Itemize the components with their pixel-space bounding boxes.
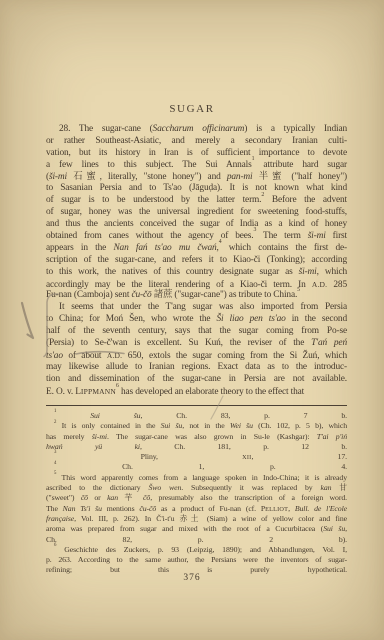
text-line: 2 It is only contained in the Sui šu, no… (46, 421, 347, 431)
text-line: of sugar, honey was the universal ingred… (46, 207, 347, 219)
text-line: ascribed to the dictionary Šwo wen. Subs… (46, 483, 347, 493)
text-line: ts'ao of about a.d. 650, extols the suga… (46, 350, 347, 362)
paragraph-28: 28. The sugar-cane (Saccharum officinaru… (46, 124, 347, 302)
text-line: p. 263. According to the same author, th… (46, 555, 347, 565)
pencil-margin-stroke (22, 303, 33, 338)
text-line: The Nan Ts'i šu mentions ču-čō as a prod… (46, 504, 347, 514)
text-line: to Sasanian Persia and to Ts'ao (Jāguḍa)… (46, 183, 347, 195)
text-line: Fu-nan (Camboja) sent ču-čō 諸蔗 ("sugar-c… (46, 290, 347, 302)
text-line: 1 Sui šu, Ch. 83, p. 7 b. (46, 411, 347, 421)
text-line: to China; for Moń Šen, who wrote the Ši … (46, 314, 347, 326)
text-line: hwań yü ki, Ch. 181, p. 12 b. (46, 442, 347, 452)
footnote-5: 5 This word apparently comes from a lang… (46, 473, 347, 545)
text-line: of sugar is to be understood by the latt… (46, 195, 347, 207)
text-line: accordingly may be the literal rendering… (46, 279, 347, 291)
footnote-3: 3 Pliny, xii, 17. (46, 452, 347, 462)
text-line: (ši-mi 石蜜, literally, "stone honey") and… (46, 172, 347, 184)
footnote-4: 4 Ch. 1, p. 4. (46, 462, 347, 472)
text-line: or rather Southeast-Asiatic, and merely … (46, 136, 347, 148)
text-line: It seems that under the T'ang sugar was … (46, 302, 347, 314)
text-line: and thus the ancients conceived the suga… (46, 219, 347, 231)
text-line: to this work, the natives of this countr… (46, 267, 347, 279)
footnote-2: 2 It is only contained in the Sui šu, no… (46, 421, 347, 452)
text-line: appears in the Nan fań ts'ao mu čwań,4 w… (46, 243, 347, 255)
text-line: aroma was prepared from sugar and mixed … (46, 524, 347, 534)
text-line: 5 This word apparently comes from a lang… (46, 473, 347, 483)
main-text-block: 28. The sugar-cane (Saccharum officinaru… (46, 124, 347, 397)
book-page: { "page": { "heading": "SUGAR", "page_nu… (0, 0, 384, 640)
footnote-6: 6 Geschichte des Zuckers, p. 93 (Leipzig… (46, 545, 347, 576)
text-line: (Persia) to Se-č'wan is excellent. Su Ku… (46, 338, 347, 350)
text-line: a few lines to this subject. The Sui Ann… (46, 160, 347, 172)
text-line: E. O. v. Lippmann6 has developed an elab… (46, 386, 347, 398)
footnote-1: 1 Sui šu, Ch. 83, p. 7 b. (46, 411, 347, 421)
text-line: française, Vol. III, p. 262). In Č'i-t'u… (46, 514, 347, 524)
footnotes-block: 1 Sui šu, Ch. 83, p. 7 b. 2 It is only c… (46, 411, 347, 576)
text-line: tion and dissemination of the sugar-cane… (46, 374, 347, 386)
page-number: 376 (0, 573, 384, 583)
text-line: scription of the sugar-cane, and refers … (46, 255, 347, 267)
text-line: ("sweet") čō or kan 芉 čō, presumably als… (46, 493, 347, 503)
text-line: has merely ši-mi. The sugar-cane was als… (46, 432, 347, 442)
text-line: obtained from canes without the agency o… (46, 231, 347, 243)
page-heading: SUGAR (0, 103, 384, 115)
text-line: may likewise allude to Iranian regions. … (46, 362, 347, 374)
text-line: Ch. 82, p. 2 b). (46, 535, 347, 545)
text-line: 4 Ch. 1, p. 4. (46, 462, 347, 472)
text-line: 28. The sugar-cane (Saccharum officinaru… (46, 124, 347, 136)
paragraph-tang-import: It seems that under the T'ang sugar was … (46, 302, 347, 397)
text-line: vation, but its history in Iran is of su… (46, 148, 347, 160)
text-line: 3 Pliny, xii, 17. (46, 452, 347, 462)
text-line: 6 Geschichte des Zuckers, p. 93 (Leipzig… (46, 545, 347, 555)
footnote-separator (46, 405, 347, 406)
text-line: half of the seventh century, says that t… (46, 326, 347, 338)
